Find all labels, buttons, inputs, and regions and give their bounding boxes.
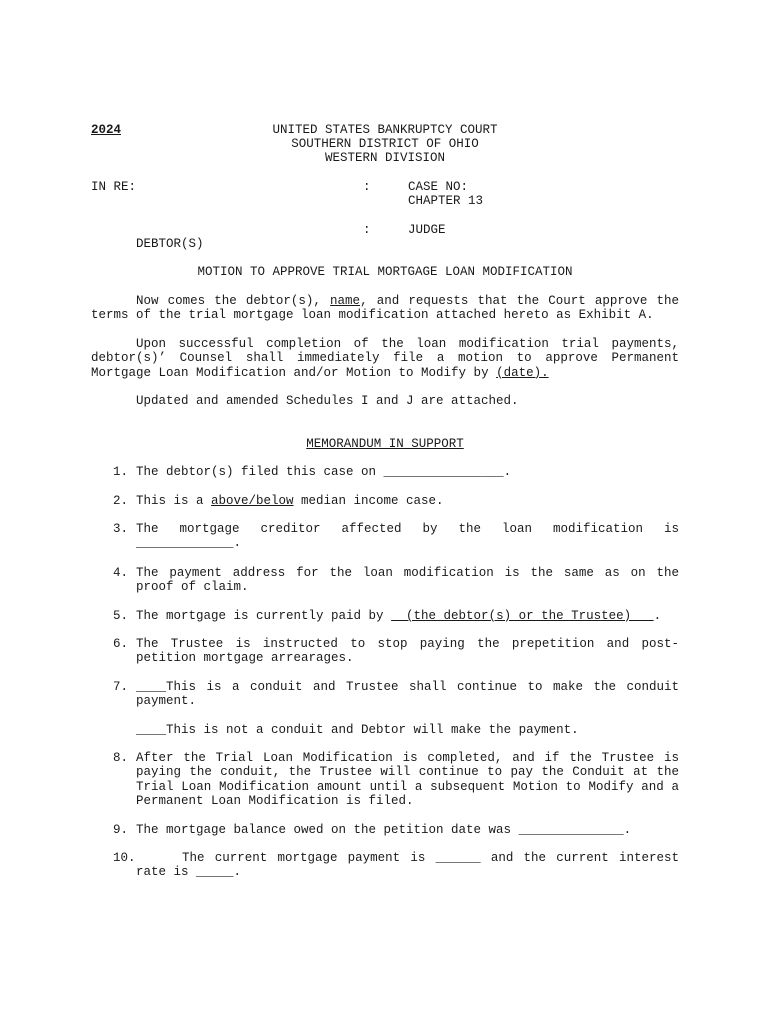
memo-item-8: 8. After the Trial Loan Modification is … bbox=[91, 751, 679, 808]
court-division: WESTERN DIVISION bbox=[235, 151, 535, 165]
interest-rate-blank: _____ bbox=[196, 865, 234, 879]
chapter-label: CHAPTER 13 bbox=[408, 194, 483, 208]
item-number: 4. bbox=[113, 566, 128, 580]
item-number: 10. bbox=[113, 851, 136, 865]
conduit-checkbox-blank: ____ bbox=[136, 680, 166, 694]
in-re-label: IN RE: bbox=[91, 180, 136, 194]
judge-label: JUDGE bbox=[408, 223, 446, 237]
item-text: . bbox=[234, 536, 242, 550]
item-number: 7. bbox=[113, 680, 128, 694]
item-text: This is a bbox=[136, 494, 211, 508]
memo-item-7: 7. ____This is a conduit and Trustee sha… bbox=[91, 680, 679, 737]
item-text: The Trustee is instructed to stop paying… bbox=[136, 637, 679, 666]
item-text: The debtor(s) filed this case on bbox=[136, 465, 384, 479]
payment-blank: ______ bbox=[436, 851, 481, 865]
date-placeholder: (date). bbox=[496, 366, 549, 380]
memorandum-title: MEMORANDUM IN SUPPORT bbox=[91, 437, 679, 451]
memo-item-9: 9. The mortgage balance owed on the peti… bbox=[91, 823, 679, 837]
motion-title: MOTION TO APPROVE TRIAL MORTGAGE LOAN MO… bbox=[91, 265, 679, 279]
debtors-label: DEBTOR(S) bbox=[136, 237, 204, 251]
memo-item-10: 10. The current mortgage payment is ____… bbox=[91, 851, 679, 880]
item-text: median income case. bbox=[294, 494, 444, 508]
item-number: 5. bbox=[113, 609, 128, 623]
item-text: The mortgage creditor affected by the lo… bbox=[136, 522, 679, 536]
memo-item-2: 2. This is a above/below median income c… bbox=[91, 494, 679, 508]
paragraph-text: Now comes the debtor(s), bbox=[136, 294, 330, 308]
payer-placeholder: (the debtor(s) or the Trustee) bbox=[391, 609, 654, 623]
item-number: 3. bbox=[113, 522, 128, 536]
paragraph-text: Upon successful completion of the loan m… bbox=[91, 337, 679, 380]
non-conduit-checkbox-blank: ____ bbox=[136, 723, 166, 737]
motion-paragraph-1: Now comes the debtor(s), name, and reque… bbox=[91, 294, 679, 323]
memo-item-1: 1. The debtor(s) filed this case on ____… bbox=[91, 465, 679, 479]
case-no-label: CASE NO: bbox=[408, 180, 468, 194]
item-number: 1. bbox=[113, 465, 128, 479]
document-page: 2024 UNITED STATES BANKRUPTCY COURT SOUT… bbox=[0, 0, 770, 1024]
item-number: 9. bbox=[113, 823, 128, 837]
motion-paragraph-2: Upon successful completion of the loan m… bbox=[91, 337, 679, 380]
balance-blank: ______________ bbox=[519, 823, 624, 837]
item-text: . bbox=[654, 609, 662, 623]
court-district: SOUTHERN DISTRICT OF OHIO bbox=[235, 137, 535, 151]
item-number: 8. bbox=[113, 751, 128, 765]
creditor-blank: _____________ bbox=[136, 536, 234, 550]
item-text: The mortgage is currently paid by bbox=[136, 609, 391, 623]
item-number: 2. bbox=[113, 494, 128, 508]
item-text: . bbox=[624, 823, 632, 837]
item-text: The mortgage balance owed on the petitio… bbox=[136, 823, 519, 837]
court-name: UNITED STATES BANKRUPTCY COURT bbox=[235, 123, 535, 137]
item-number: 6. bbox=[113, 637, 128, 651]
memo-item-5: 5. The mortgage is currently paid by (th… bbox=[91, 609, 679, 623]
debtor-name-placeholder: name bbox=[330, 294, 360, 308]
memo-item-6: 6. The Trustee is instructed to stop pay… bbox=[91, 637, 679, 666]
memo-item-3: 3. The mortgage creditor affected by the… bbox=[91, 522, 679, 551]
caption-colon: : bbox=[363, 180, 371, 194]
item-text: After the Trial Loan Modification is com… bbox=[136, 751, 679, 808]
item-text: . bbox=[504, 465, 512, 479]
memo-item-4: 4. The payment address for the loan modi… bbox=[91, 566, 679, 595]
motion-paragraph-3: Updated and amended Schedules I and J ar… bbox=[136, 394, 519, 408]
item-text: The payment address for the loan modific… bbox=[136, 566, 679, 595]
item-text: This is not a conduit and Debtor will ma… bbox=[166, 723, 579, 737]
item-text: . bbox=[234, 865, 242, 879]
item-text: The current mortgage payment is bbox=[182, 851, 436, 865]
caption-colon: : bbox=[363, 223, 371, 237]
item-text: This is a conduit and Trustee shall cont… bbox=[136, 680, 679, 708]
year-label: 2024 bbox=[91, 123, 121, 137]
income-choice-placeholder: above/below bbox=[211, 494, 294, 508]
filing-date-blank: ________________ bbox=[384, 465, 504, 479]
